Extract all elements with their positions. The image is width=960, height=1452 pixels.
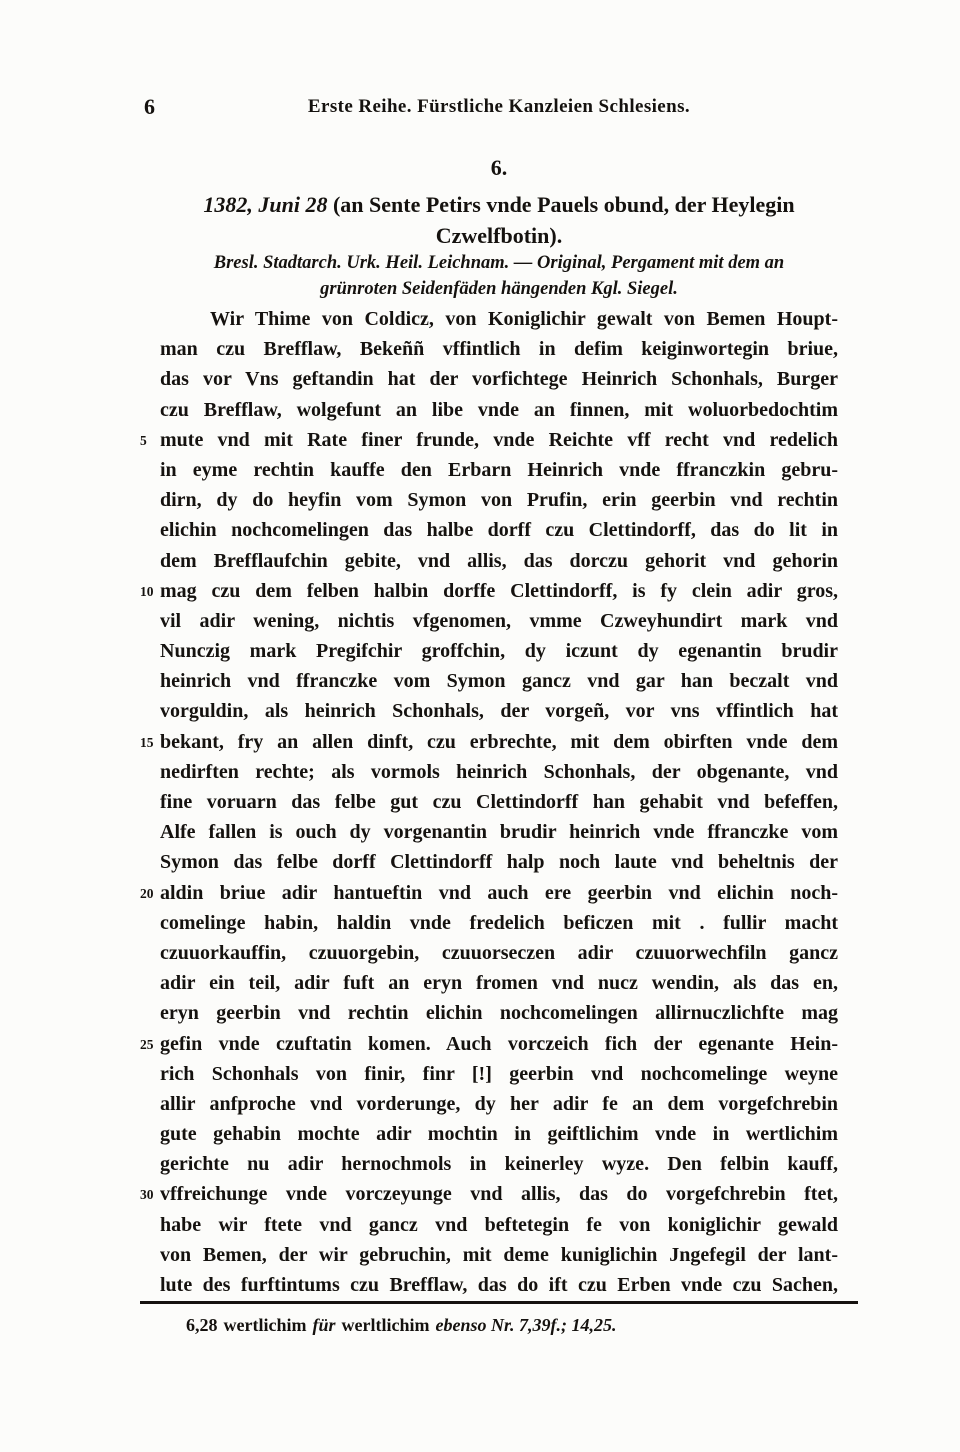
text-line: 20aldin briue adir hantueftin vnd auch e… xyxy=(140,878,838,908)
line-text: habe wir ftete vnd gancz vnd beftetegin … xyxy=(160,1214,838,1236)
text-line: allir anfproche vnd vorderunge, dy her a… xyxy=(140,1089,838,1119)
line-text: von Bemen, der wir gebruchin, mit deme k… xyxy=(160,1244,838,1266)
line-text: fine voruarn das felbe gut czu Clettindo… xyxy=(160,791,838,813)
text-line: von Bemen, der wir gebruchin, mit deme k… xyxy=(140,1240,838,1270)
line-text: rich Schonhals von finir, finr [!] geerb… xyxy=(160,1063,838,1085)
line-text: gefin vnde czuftatin komen. Auch vorczei… xyxy=(160,1033,838,1055)
text-line: dem Brefflaufchin gebite, vnd allis, das… xyxy=(140,546,838,576)
source-line1: Bresl. Stadtarch. Urk. Heil. Leichnam. —… xyxy=(214,253,784,273)
footnote-lemma: wertlichim xyxy=(224,1315,307,1335)
page-number: 6 xyxy=(144,94,155,120)
footnote-rule xyxy=(140,1301,858,1304)
text-line: man czu Brefflaw, Bekeññ vffintlich in d… xyxy=(140,334,838,364)
margin-line-number: 25 xyxy=(140,1032,154,1058)
apparatus-footnote: 6,28wertlichimfürwerltlichimebenso Nr. 7… xyxy=(140,1312,858,1338)
text-line: nedirften rechte; als vormols heinrich S… xyxy=(140,757,838,787)
text-line: das vor Vns geftandin hat der vorfichteg… xyxy=(140,364,838,394)
line-text: aldin briue adir hantueftin vnd auch ere… xyxy=(160,882,838,904)
text-line: Alfe fallen is ouch dy vorgenantin brudi… xyxy=(140,817,838,847)
text-line: Wir Thime von Coldicz, von Koniglichir g… xyxy=(140,304,838,334)
running-head: 6 Erste Reihe. Fürstliche Kanzleien Schl… xyxy=(140,96,858,118)
line-text: vorguldin, als heinrich Schonhals, der v… xyxy=(160,700,838,722)
text-line: fine voruarn das felbe gut czu Clettindo… xyxy=(140,787,838,817)
text-line: gerichte nu adir hernochmols in keinerle… xyxy=(140,1149,838,1179)
text-line: dirn, dy do heyfin vom Symon von Prufin,… xyxy=(140,485,838,515)
line-text: nedirften rechte; als vormols heinrich S… xyxy=(160,761,838,783)
text-line: rich Schonhals von finir, finr [!] geerb… xyxy=(140,1059,838,1089)
text-line: elichin nochcomelingen das halbe dorff c… xyxy=(140,515,838,545)
running-title: Erste Reihe. Fürstliche Kanzleien Schles… xyxy=(308,96,690,117)
document-number: 6. xyxy=(140,155,858,181)
text-line: in eyme rechtin kauffe den Erbarn Heinri… xyxy=(140,455,838,485)
text-line: 15bekant, fry an allen dinft, czu erbrec… xyxy=(140,727,838,757)
text-line: czuuorkauffin, czuuorgebin, czuuorseczen… xyxy=(140,938,838,968)
date-heading: 1382, Juni 28 (an Sente Petirs vnde Paue… xyxy=(140,189,858,251)
text-line: lute des furftintums czu Brefflaw, das d… xyxy=(140,1270,838,1300)
margin-line-number: 15 xyxy=(140,730,154,756)
margin-line-number: 5 xyxy=(140,428,147,454)
line-text: mag czu dem felben halbin dorffe Clettin… xyxy=(160,580,838,602)
date-italic: 1382, Juni 28 xyxy=(203,192,327,217)
text-line: 5mute vnd mit Rate finer frunde, vnde Re… xyxy=(140,425,838,455)
line-text: Wir Thime von Coldicz, von Koniglichir g… xyxy=(210,308,838,330)
text-line: 10mag czu dem felben halbin dorffe Clett… xyxy=(140,576,838,606)
text-line: 25gefin vnde czuftatin komen. Auch vorcz… xyxy=(140,1029,838,1059)
line-text: eryn geerbin vnd rechtin elichin nochcom… xyxy=(160,1002,838,1024)
margin-line-number: 30 xyxy=(140,1182,154,1208)
text-line: vil adir wening, nichtis vfgenomen, vmme… xyxy=(140,606,838,636)
scanned-book-page: 6 Erste Reihe. Fürstliche Kanzleien Schl… xyxy=(0,0,960,1452)
line-text: dirn, dy do heyfin vom Symon von Prufin,… xyxy=(160,489,838,511)
text-line: Symon das felbe dorff Clettindorff halp … xyxy=(140,847,838,877)
footnote-fuer: für xyxy=(312,1315,335,1335)
source-line2: grünroten Seidenfäden hängenden Kgl. Sie… xyxy=(320,279,678,299)
line-text: vil adir wening, nichtis vfgenomen, vmme… xyxy=(160,610,838,632)
date-rest: (an Sente Petirs vnde Pauels obund, der … xyxy=(327,192,794,217)
footnote-correction: werltlichim xyxy=(341,1315,429,1335)
line-text: lute des furftintums czu Brefflaw, das d… xyxy=(160,1274,838,1296)
text-line: adir ein teil, adir fuft an eryn fromen … xyxy=(140,968,838,998)
line-text: dem Brefflaufchin gebite, vnd allis, das… xyxy=(160,550,838,572)
line-text: in eyme rechtin kauffe den Erbarn Heinri… xyxy=(160,459,838,481)
line-text: allir anfproche vnd vorderunge, dy her a… xyxy=(160,1093,838,1115)
footnote-references: ebenso Nr. 7,39f.; 14,25. xyxy=(435,1315,616,1335)
line-text: czu Brefflaw, wolgefunt an libe vnde an … xyxy=(160,399,838,421)
date-line2: Czwelfbotin). xyxy=(436,223,562,248)
line-text: mute vnd mit Rate finer frunde, vnde Rei… xyxy=(160,429,838,451)
text-line: comelinge habin, haldin vnde fredelich b… xyxy=(140,908,838,938)
line-text: vffreichunge vnde vorczeyunge vnd allis,… xyxy=(160,1183,838,1205)
line-text: comelinge habin, haldin vnde fredelich b… xyxy=(160,912,838,934)
text-line: habe wir ftete vnd gancz vnd beftetegin … xyxy=(140,1210,838,1240)
line-text: gerichte nu adir hernochmols in keinerle… xyxy=(160,1153,838,1175)
line-text: elichin nochcomelingen das halbe dorff c… xyxy=(160,519,838,541)
text-line: vorguldin, als heinrich Schonhals, der v… xyxy=(140,696,838,726)
margin-line-number: 20 xyxy=(140,881,154,907)
line-text: gute gehabin mochte adir mochtin in geif… xyxy=(160,1123,838,1145)
text-line: eryn geerbin vnd rechtin elichin nochcom… xyxy=(140,998,838,1028)
footnote-ref: 6,28 xyxy=(186,1315,218,1335)
source-note: Bresl. Stadtarch. Urk. Heil. Leichnam. —… xyxy=(140,250,858,302)
line-text: czuuorkauffin, czuuorgebin, czuuorseczen… xyxy=(160,942,838,964)
text-line: heinrich vnd ffranczke vom Symon gancz v… xyxy=(140,666,838,696)
text-line: czu Brefflaw, wolgefunt an libe vnde an … xyxy=(140,395,838,425)
text-line: Nunczig mark Pregifchir groffchin, dy ic… xyxy=(140,636,838,666)
line-text: das vor Vns geftandin hat der vorfichteg… xyxy=(160,368,838,390)
charter-text: Wir Thime von Coldicz, von Koniglichir g… xyxy=(140,304,858,1300)
text-line: 30vffreichunge vnde vorczeyunge vnd alli… xyxy=(140,1179,838,1209)
text-line: gute gehabin mochte adir mochtin in geif… xyxy=(140,1119,838,1149)
margin-line-number: 10 xyxy=(140,579,154,605)
line-text: bekant, fry an allen dinft, czu erbrecht… xyxy=(160,731,838,753)
line-text: Symon das felbe dorff Clettindorff halp … xyxy=(160,851,838,873)
line-text: man czu Brefflaw, Bekeññ vffintlich in d… xyxy=(160,338,838,360)
line-text: Nunczig mark Pregifchir groffchin, dy ic… xyxy=(160,640,838,662)
line-text: Alfe fallen is ouch dy vorgenantin brudi… xyxy=(160,821,838,843)
line-text: heinrich vnd ffranczke vom Symon gancz v… xyxy=(160,670,838,692)
line-text: adir ein teil, adir fuft an eryn fromen … xyxy=(160,972,838,994)
